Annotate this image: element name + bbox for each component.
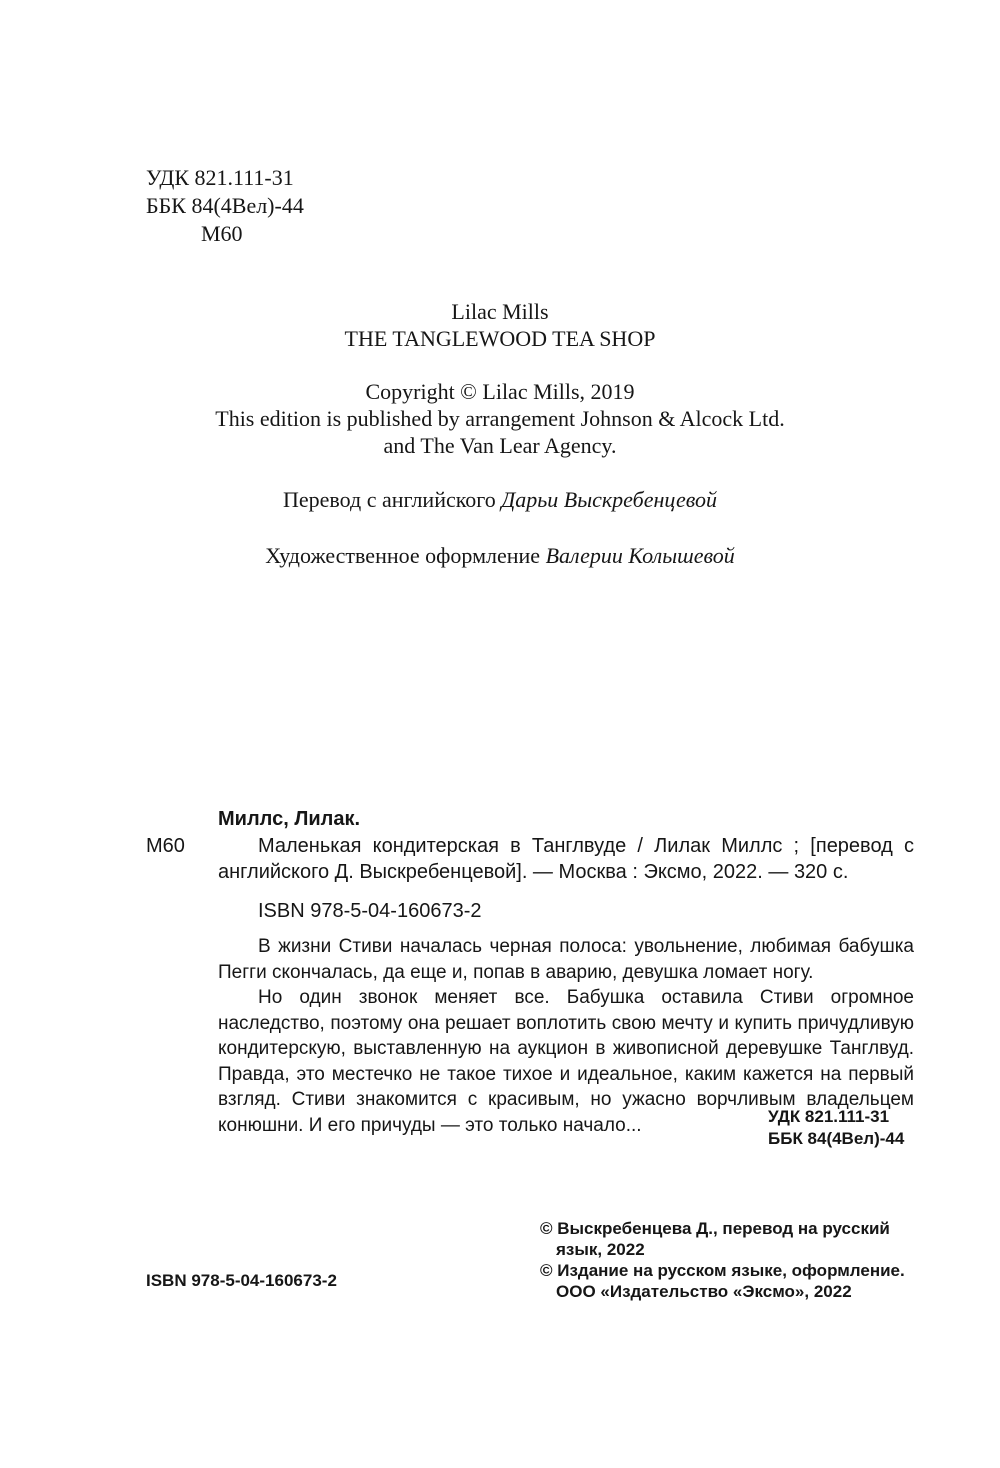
record-isbn: ISBN 978-5-04-160673-2 [258, 898, 481, 924]
designer-name: Валерии Колышевой [546, 543, 735, 568]
author-mark: М60 [201, 220, 243, 248]
agency-line: and The Van Lear Agency. [0, 432, 1000, 459]
copyright-translation-cont: язык, 2022 [540, 1239, 940, 1260]
edition-arrangement: This edition is published by arrangement… [0, 405, 1000, 432]
footer-isbn: ISBN 978-5-04-160673-2 [146, 1270, 337, 1291]
original-title: THE TANGLEWOOD TEA SHOP [0, 325, 1000, 352]
original-author: Lilac Mills [0, 298, 1000, 325]
copyright-translation: © Выскребенцева Д., перевод на русский [540, 1218, 940, 1239]
bbk-code: ББК 84(4Вел)-44 [146, 192, 304, 220]
record-author-mark: М60 [146, 833, 185, 859]
footer-copyrights: © Выскребенцева Д., перевод на русский я… [540, 1218, 940, 1302]
record-title-line-1: Маленькая кондитерская в Танглвуде / Лил… [218, 833, 914, 859]
copyright-edition: © Издание на русском языке, оформление. [540, 1260, 940, 1281]
record-author-heading: Миллс, Лилак. [218, 806, 360, 832]
designer-credit: Художественное оформление Валерии Колыше… [0, 542, 1000, 569]
design-label: Художественное оформление [265, 543, 545, 568]
record-title-line-2: английского Д. Выскребенцевой]. — Москва… [218, 859, 848, 885]
copyright-edition-cont: ООО «Издательство «Эксмо», 2022 [540, 1281, 940, 1302]
udk-code: УДК 821.111-31 [146, 164, 294, 192]
translation-label: Перевод с английского [283, 487, 501, 512]
annotation-codes: УДК 821.111-31 ББК 84(4Вел)-44 [768, 1106, 904, 1150]
annotation-paragraph: В жизни Стиви началась черная полоса: ув… [218, 934, 914, 985]
original-copyright: Copyright © Lilac Mills, 2019 [0, 378, 1000, 405]
translator-credit: Перевод с английского Дарьи Выскребенцев… [0, 486, 1000, 513]
annotation-udk: УДК 821.111-31 [768, 1106, 904, 1128]
annotation-bbk: ББК 84(4Вел)-44 [768, 1128, 904, 1150]
translator-name: Дарьи Выскребенцевой [501, 487, 717, 512]
